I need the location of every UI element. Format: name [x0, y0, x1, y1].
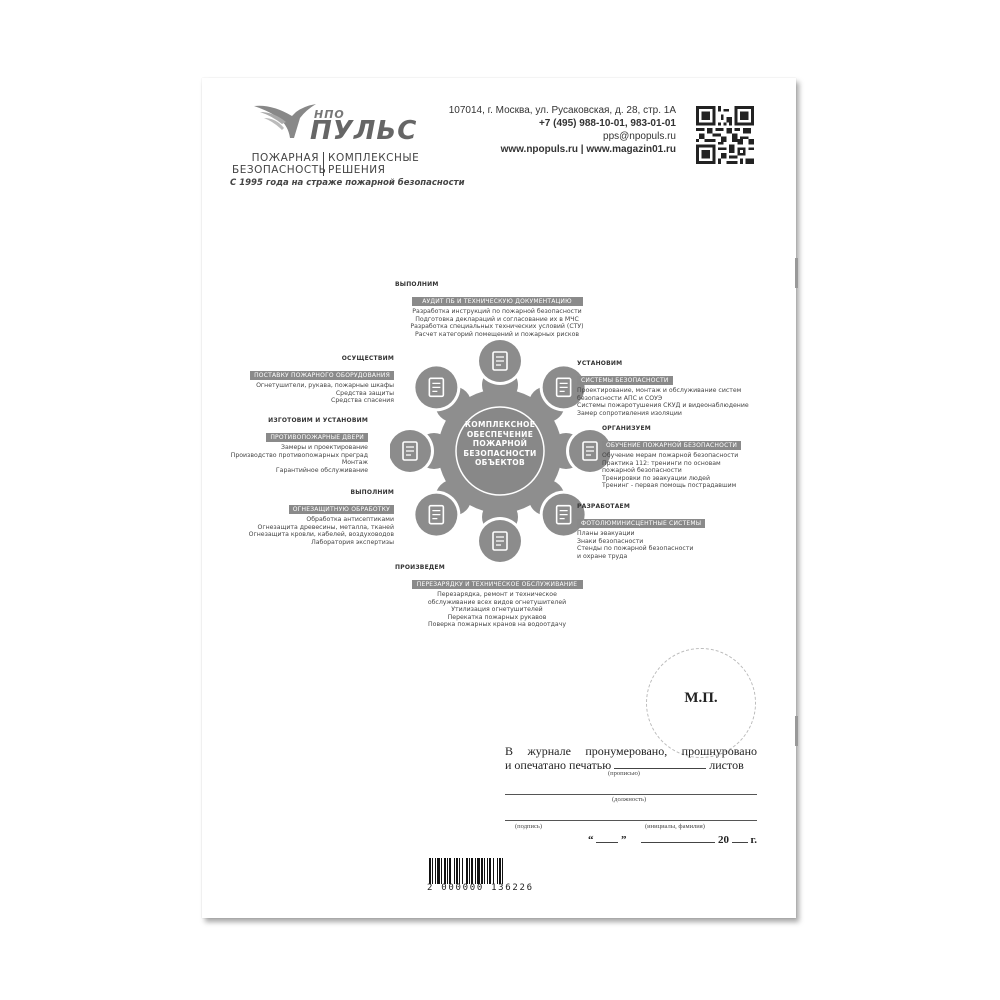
- company-logo: НПО ПУЛЬС: [252, 102, 402, 152]
- position-field[interactable]: [505, 794, 757, 795]
- slogan: С 1995 года на страже пожарной безопасно…: [230, 178, 465, 188]
- journal-cover-page: НПО ПУЛЬС ПОЖАРНАЯБЕЗОПАСНОСТЬКОМПЛЕКСНЫ…: [202, 78, 796, 918]
- service-item: Лаборатория экспертизы: [222, 539, 394, 547]
- service-item: Перекатка пожарных рукавов: [372, 614, 622, 622]
- service-item: Разработка специальных технических услов…: [372, 323, 622, 331]
- barcode-number: 2 000000 136226: [427, 883, 549, 893]
- tagline-right-1: КОМПЛЕКСНЫЕ: [328, 152, 419, 164]
- signature-name-field[interactable]: [505, 820, 757, 821]
- service-item: Планы эвакуации: [577, 530, 757, 538]
- tagline-left-1: ПОЖАРНАЯ: [252, 152, 319, 164]
- stamp-label: М.П.: [646, 690, 756, 707]
- service-verb: РАЗРАБОТАЕМ: [577, 503, 757, 510]
- service-item: Замер сопротивления изоляции: [577, 410, 777, 418]
- service-item: Стенды по пожарной безопасности: [577, 545, 757, 553]
- quote-open: “: [588, 834, 594, 846]
- service-verb: УСТАНОВИМ: [577, 360, 777, 367]
- quote-close: ”: [621, 834, 627, 846]
- service-item: Монтаж: [202, 459, 368, 467]
- service-items: Замеры и проектирование Производство про…: [202, 444, 368, 474]
- center-line: КОМПЛЕКСНОЕ: [450, 420, 550, 430]
- hint-position: (должность): [612, 796, 646, 803]
- service-items: Планы эвакуации Знаки безопасности Стенд…: [577, 530, 757, 560]
- service-item: Проектирование, монтаж и обслуживание си…: [577, 387, 777, 395]
- service-verb: ВЫПОЛНИМ: [372, 281, 622, 288]
- service-item: Тренинг - первая помощь пострадавшим: [602, 482, 782, 490]
- tagline-right-2: РЕШЕНИЯ: [328, 164, 385, 176]
- service-items: Разработка инструкций по пожарной безопа…: [372, 308, 622, 338]
- service-item: Тренировки по эвакуации людей: [602, 475, 782, 483]
- service-item: Утилизация огнетушителей: [372, 606, 622, 614]
- service-block-supply: ОСУЩЕСТВИМ ПОСТАВКУ ПОЖАРНОГО ОБОРУДОВАН…: [222, 355, 394, 405]
- website-links[interactable]: www.npopuls.ru | www.magazin01.ru: [449, 143, 676, 156]
- page-tab-mark: [795, 716, 798, 746]
- service-verb: ОРГАНИЗУЕМ: [602, 425, 782, 432]
- center-line: ОБЪЕКТОВ: [450, 458, 550, 468]
- service-item: Средства спасения: [222, 397, 394, 405]
- tagline-left-2: БЕЗОПАСНОСТЬ: [232, 164, 326, 176]
- certification-text: листов: [709, 758, 744, 772]
- service-title-bar: ПРОТИВОПОЖАРНЫЕ ДВЕРИ: [266, 433, 368, 442]
- service-item: Средства защиты: [222, 390, 394, 398]
- service-items: Проектирование, монтаж и обслуживание си…: [577, 387, 777, 417]
- service-block-photoluminescent: РАЗРАБОТАЕМ ФОТОЛЮМИНИСЦЕНТНЫЕ СИСТЕМЫ П…: [577, 503, 757, 560]
- service-items: Перезарядка, ремонт и техническое обслуж…: [372, 591, 622, 629]
- year-field[interactable]: [732, 842, 748, 843]
- service-title-bar: ПОСТАВКУ ПОЖАРНОГО ОБОРУДОВАНИЯ: [250, 371, 394, 380]
- service-verb: ВЫПОЛНИМ: [222, 489, 394, 496]
- email-link[interactable]: pps@npopuls.ru: [449, 130, 676, 143]
- service-title-bar: ОГНЕЗАЩИТНУЮ ОБРАБОТКУ: [289, 505, 394, 514]
- service-item: Огнезащита кровли, кабелей, воздуховодов: [222, 531, 394, 539]
- hint-name: (инициалы, фамилия): [645, 823, 705, 830]
- service-items: Обучение мерам пожарной безопасности Пра…: [602, 452, 782, 490]
- service-block-training: ОРГАНИЗУЕМ ОБУЧЕНИЕ ПОЖАРНОЙ БЕЗОПАСНОСТ…: [602, 425, 782, 490]
- service-item: Производство противопожарных преград: [202, 452, 368, 460]
- service-item: и охране труда: [577, 553, 757, 561]
- service-item: Обучение мерам пожарной безопасности: [602, 452, 782, 460]
- service-item: Перезарядка, ремонт и техническое: [372, 591, 622, 599]
- service-title-bar: СИСТЕМЫ БЕЗОПАСНОСТИ: [577, 376, 673, 385]
- service-items: Обработка антисептиками Огнезащита древе…: [222, 516, 394, 546]
- service-item: Системы пожаротушения СКУД и видеонаблюд…: [577, 402, 777, 410]
- sheet-count-field[interactable]: [614, 768, 706, 769]
- service-item: Гарантийное обслуживание: [202, 467, 368, 475]
- service-block-fireproofing: ВЫПОЛНИМ ОГНЕЗАЩИТНУЮ ОБРАБОТКУ Обработк…: [222, 489, 394, 546]
- address: 107014, г. Москва, ул. Русаковская, д. 2…: [449, 104, 676, 117]
- service-block-recharge: ПРОИЗВЕДЕМ ПЕРЕЗАРЯДКУ И ТЕХНИЧЕСКОЕ ОБС…: [372, 564, 622, 629]
- service-title-bar: ОБУЧЕНИЕ ПОЖАРНОЙ БЕЗОПАСНОСТИ: [602, 441, 741, 450]
- service-item: пожарной безопасности: [602, 467, 782, 475]
- service-verb: ПРОИЗВЕДЕМ: [372, 564, 622, 571]
- service-title-bar: АУДИТ ПБ И ТЕХНИЧЕСКУЮ ДОКУМЕНТАЦИЮ: [412, 297, 583, 306]
- contacts: 107014, г. Москва, ул. Русаковская, д. 2…: [449, 104, 676, 156]
- service-item: Расчет категорий помещений и пожарных ри…: [372, 331, 622, 339]
- service-verb: ОСУЩЕСТВИМ: [222, 355, 394, 362]
- service-item: Поверка пожарных кранов на водоотдачу: [372, 621, 622, 629]
- center-line: БЕЗОПАСНОСТИ: [450, 449, 550, 459]
- diagram-center-title: КОМПЛЕКСНОЕ ОБЕСПЕЧЕНИЕ ПОЖАРНОЙ БЕЗОПАС…: [450, 420, 550, 468]
- year-suffix: г.: [751, 834, 758, 846]
- phones: +7 (495) 988-10-01, 983-01-01: [449, 117, 676, 130]
- certification-text: и опечатано печатью: [505, 758, 611, 772]
- page-tab-mark: [795, 258, 798, 288]
- service-item: Обработка антисептиками: [222, 516, 394, 524]
- logo-name: ПУЛЬС: [310, 116, 417, 146]
- certification-line-1: В журнале пронумеровано, прошнуровано: [505, 744, 757, 758]
- service-block-audit: ВЫПОЛНИМ АУДИТ ПБ И ТЕХНИЧЕСКУЮ ДОКУМЕНТ…: [372, 281, 622, 338]
- service-title-bar: ПЕРЕЗАРЯДКУ И ТЕХНИЧЕСКОЕ ОБСЛУЖИВАНИЕ: [412, 580, 583, 589]
- hint-words: (прописью): [608, 770, 640, 777]
- qr-code-icon: [696, 106, 754, 164]
- service-block-systems: УСТАНОВИМ СИСТЕМЫ БЕЗОПАСНОСТИ Проектиро…: [577, 360, 777, 417]
- month-field[interactable]: [641, 842, 715, 843]
- hint-signature: (подпись): [515, 823, 542, 830]
- service-block-doors: ИЗГОТОВИМ И УСТАНОВИМ ПРОТИВОПОЖАРНЫЕ ДВ…: [202, 417, 368, 474]
- service-item: Огнетушители, рукава, пожарные шкафы: [222, 382, 394, 390]
- service-item: Замеры и проектирование: [202, 444, 368, 452]
- year-prefix: 20: [718, 834, 729, 846]
- tagline: ПОЖАРНАЯБЕЗОПАСНОСТЬКОМПЛЕКСНЫЕРЕШЕНИЯ: [232, 152, 419, 176]
- date-line: “ ” 20 г.: [588, 834, 757, 846]
- service-title-bar: ФОТОЛЮМИНИСЦЕНТНЫЕ СИСТЕМЫ: [577, 519, 705, 528]
- service-items: Огнетушители, рукава, пожарные шкафы Сре…: [222, 382, 394, 405]
- service-verb: ИЗГОТОВИМ И УСТАНОВИМ: [202, 417, 368, 424]
- service-item: Разработка инструкций по пожарной безопа…: [372, 308, 622, 316]
- tagline-divider: [323, 152, 324, 176]
- center-line: ПОЖАРНОЙ: [450, 439, 550, 449]
- center-line: ОБЕСПЕЧЕНИЕ: [450, 430, 550, 440]
- day-field[interactable]: [596, 842, 618, 843]
